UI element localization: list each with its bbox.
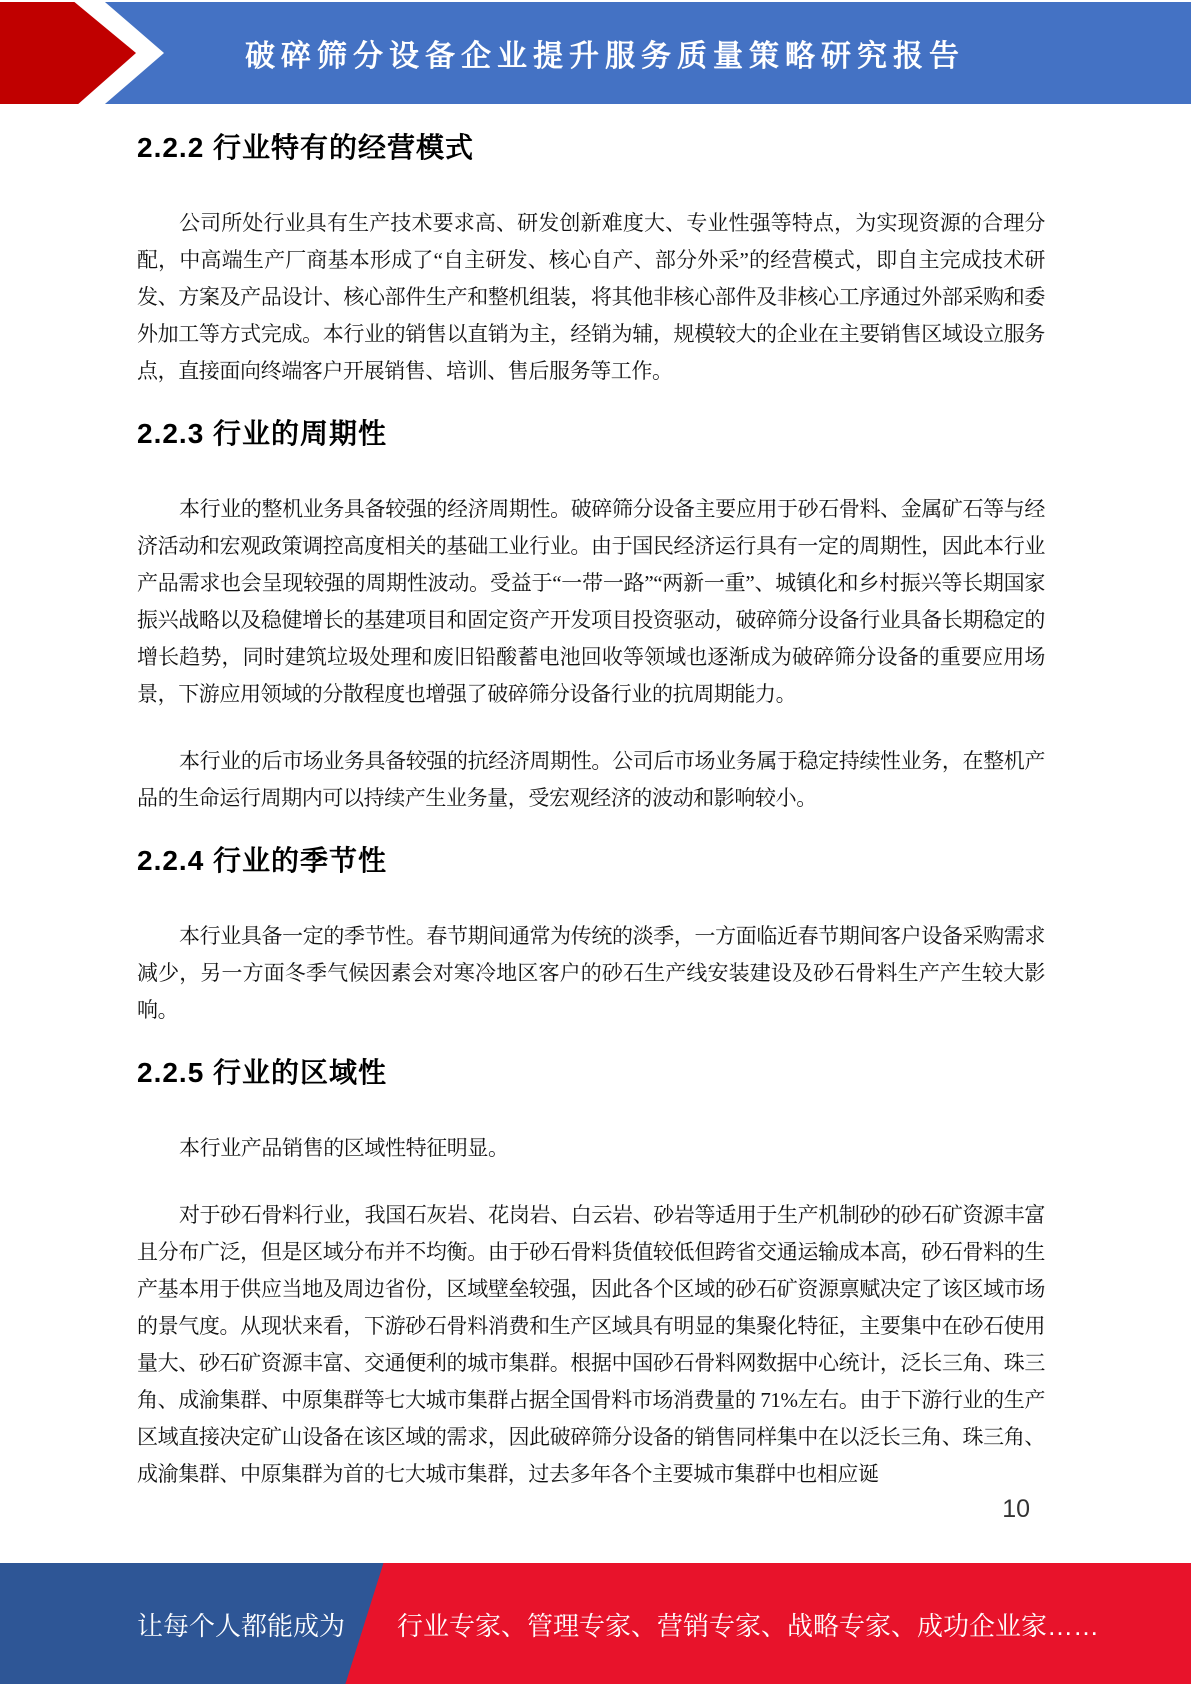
footer-slogan-left: 让每个人都能成为 xyxy=(137,1613,345,1639)
page-number: 10 xyxy=(137,1495,1045,1524)
paragraph: 本行业的后市场业务具备较强的抗经济周期性。公司后市场业务属于稳定持续性业务，在整… xyxy=(137,743,1045,817)
footer-band: 让每个人都能成为 行业专家、管理专家、营销专家、战略专家、成功企业家…… xyxy=(0,1563,1191,1684)
document-body: 2.2.2 行业特有的经营模式 公司所处行业具有生产技术要求高、研发创新难度大、… xyxy=(137,104,1045,1524)
paragraph: 公司所处行业具有生产技术要求高、研发创新难度大、专业性强等特点，为实现资源的合理… xyxy=(137,205,1045,390)
paragraph: 对于砂石骨料行业，我国石灰岩、花岗岩、白云岩、砂岩等适用于生产机制砂的砂石矿资源… xyxy=(137,1197,1045,1493)
footer-slogan-right: 行业专家、管理专家、营销专家、战略专家、成功企业家…… xyxy=(397,1613,1099,1639)
report-title: 破碎筛分设备企业提升服务质量策略研究报告 xyxy=(245,2,985,104)
section-heading-2-2-5: 2.2.5 行业的区域性 xyxy=(137,1056,1045,1090)
section-heading-2-2-4: 2.2.4 行业的季节性 xyxy=(137,844,1045,878)
header-banner: 破碎筛分设备企业提升服务质量策略研究报告 xyxy=(0,2,1191,104)
section-heading-2-2-3: 2.2.3 行业的周期性 xyxy=(137,417,1045,451)
red-arrow-icon xyxy=(0,2,200,104)
paragraph: 本行业具备一定的季节性。春节期间通常为传统的淡季，一方面临近春节期间客户设备采购… xyxy=(137,918,1045,1029)
paragraph: 本行业的整机业务具备较强的经济周期性。破碎筛分设备主要应用于砂石骨料、金属矿石等… xyxy=(137,491,1045,713)
paragraph: 本行业产品销售的区域性特征明显。 xyxy=(137,1130,1045,1167)
report-page: 破碎筛分设备企业提升服务质量策略研究报告 2.2.2 行业特有的经营模式 公司所… xyxy=(0,0,1191,1684)
section-heading-2-2-2: 2.2.2 行业特有的经营模式 xyxy=(137,131,1045,165)
